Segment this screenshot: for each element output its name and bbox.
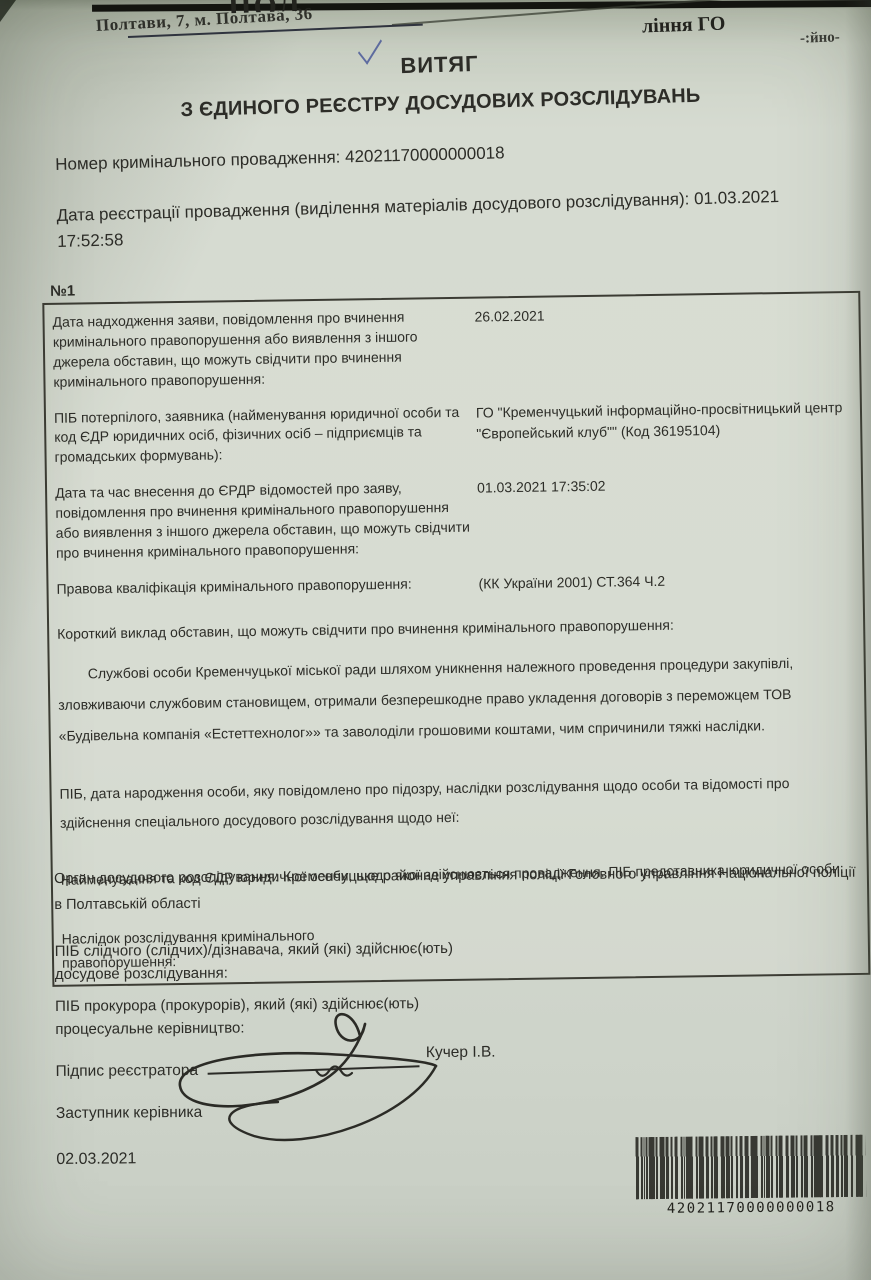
table-row: Дата надходження заяви, повідомлення про…	[52, 301, 849, 392]
scan-corner-artifact	[0, 0, 16, 22]
case-number-label: Номер кримінального провадження:	[55, 147, 345, 174]
case-number-value: 42021170000000018	[345, 143, 505, 166]
registrar-label: Підпис реєстратора	[56, 1062, 199, 1081]
summary-paragraph: Службові особи Кременчуцької міської рад…	[58, 647, 855, 751]
row-label: Правова кваліфікація кримінального право…	[56, 573, 474, 599]
table-row: ПІБ потерпілого, заявника (найменування …	[54, 397, 851, 468]
suspect-label: ПІБ, дата народження особи, яку повідомл…	[59, 768, 856, 839]
row-label: Дата надходження заяви, повідомлення про…	[52, 307, 471, 393]
investigator-label: ПІБ слідчого (слідчих)/дізнавача, який (…	[55, 934, 867, 987]
barcode-number: 42021170000000018	[636, 1199, 866, 1217]
deputy-head-label: Заступник керівника	[56, 1099, 868, 1123]
barcode-bars	[636, 1135, 867, 1199]
signature-line	[208, 1065, 420, 1075]
letterhead-right-fragment: ління ГО	[642, 13, 726, 39]
registrar-name: Кучер І.В.	[426, 1044, 496, 1063]
document-footer: Орган досудового розслідування: Кременчу…	[54, 860, 868, 1170]
barcode-block: 42021170000000018	[636, 1135, 867, 1225]
case-number-line: Номер кримінального провадження: 4202117…	[55, 134, 855, 175]
row-label: ПІБ потерпілого, заявника (найменування …	[54, 402, 473, 468]
prosecutor-label: ПІБ прокурора (прокурорів), який (які) з…	[55, 988, 867, 1041]
document-title: ВИТЯГ	[39, 41, 839, 89]
summary-heading: Короткий виклад обставин, що можуть свід…	[57, 613, 853, 645]
table-row: Дата та час внесення до ЄРДР відомостей …	[55, 472, 852, 563]
registration-date-line: Дата реєстрації провадження (виділення м…	[56, 182, 857, 256]
row-value: 01.03.2021 17:35:02	[473, 472, 851, 499]
document-subtitle: З ЄДИНОГО РЕЄСТРУ ДОСУДОВИХ РОЗСЛІДУВАНЬ	[40, 81, 840, 126]
row-value: 26.02.2021	[470, 301, 848, 328]
case-info: Номер кримінального провадження: 4202117…	[55, 134, 857, 256]
row-value: (КК України 2001) СТ.364 Ч.2	[474, 568, 852, 595]
scanned-document-page: { "letterhead": { "big_fragment": "ПОЛ",…	[0, 0, 871, 1280]
table-row: Правова кваліфікація кримінального право…	[56, 568, 852, 601]
registrar-signature-row: Підпис реєстратора Кучер І.В.	[56, 1057, 868, 1081]
document-header: ВИТЯГ З ЄДИНОГО РЕЄСТРУ ДОСУДОВИХ РОЗСЛІ…	[39, 41, 840, 126]
row-value: ГО "Кременчуцький інформаційно-просвітни…	[472, 397, 851, 446]
row-label: Дата та час внесення до ЄРДР відомостей …	[55, 478, 474, 564]
investigation-organ: Орган досудового розслідування: Кременчу…	[54, 860, 866, 919]
